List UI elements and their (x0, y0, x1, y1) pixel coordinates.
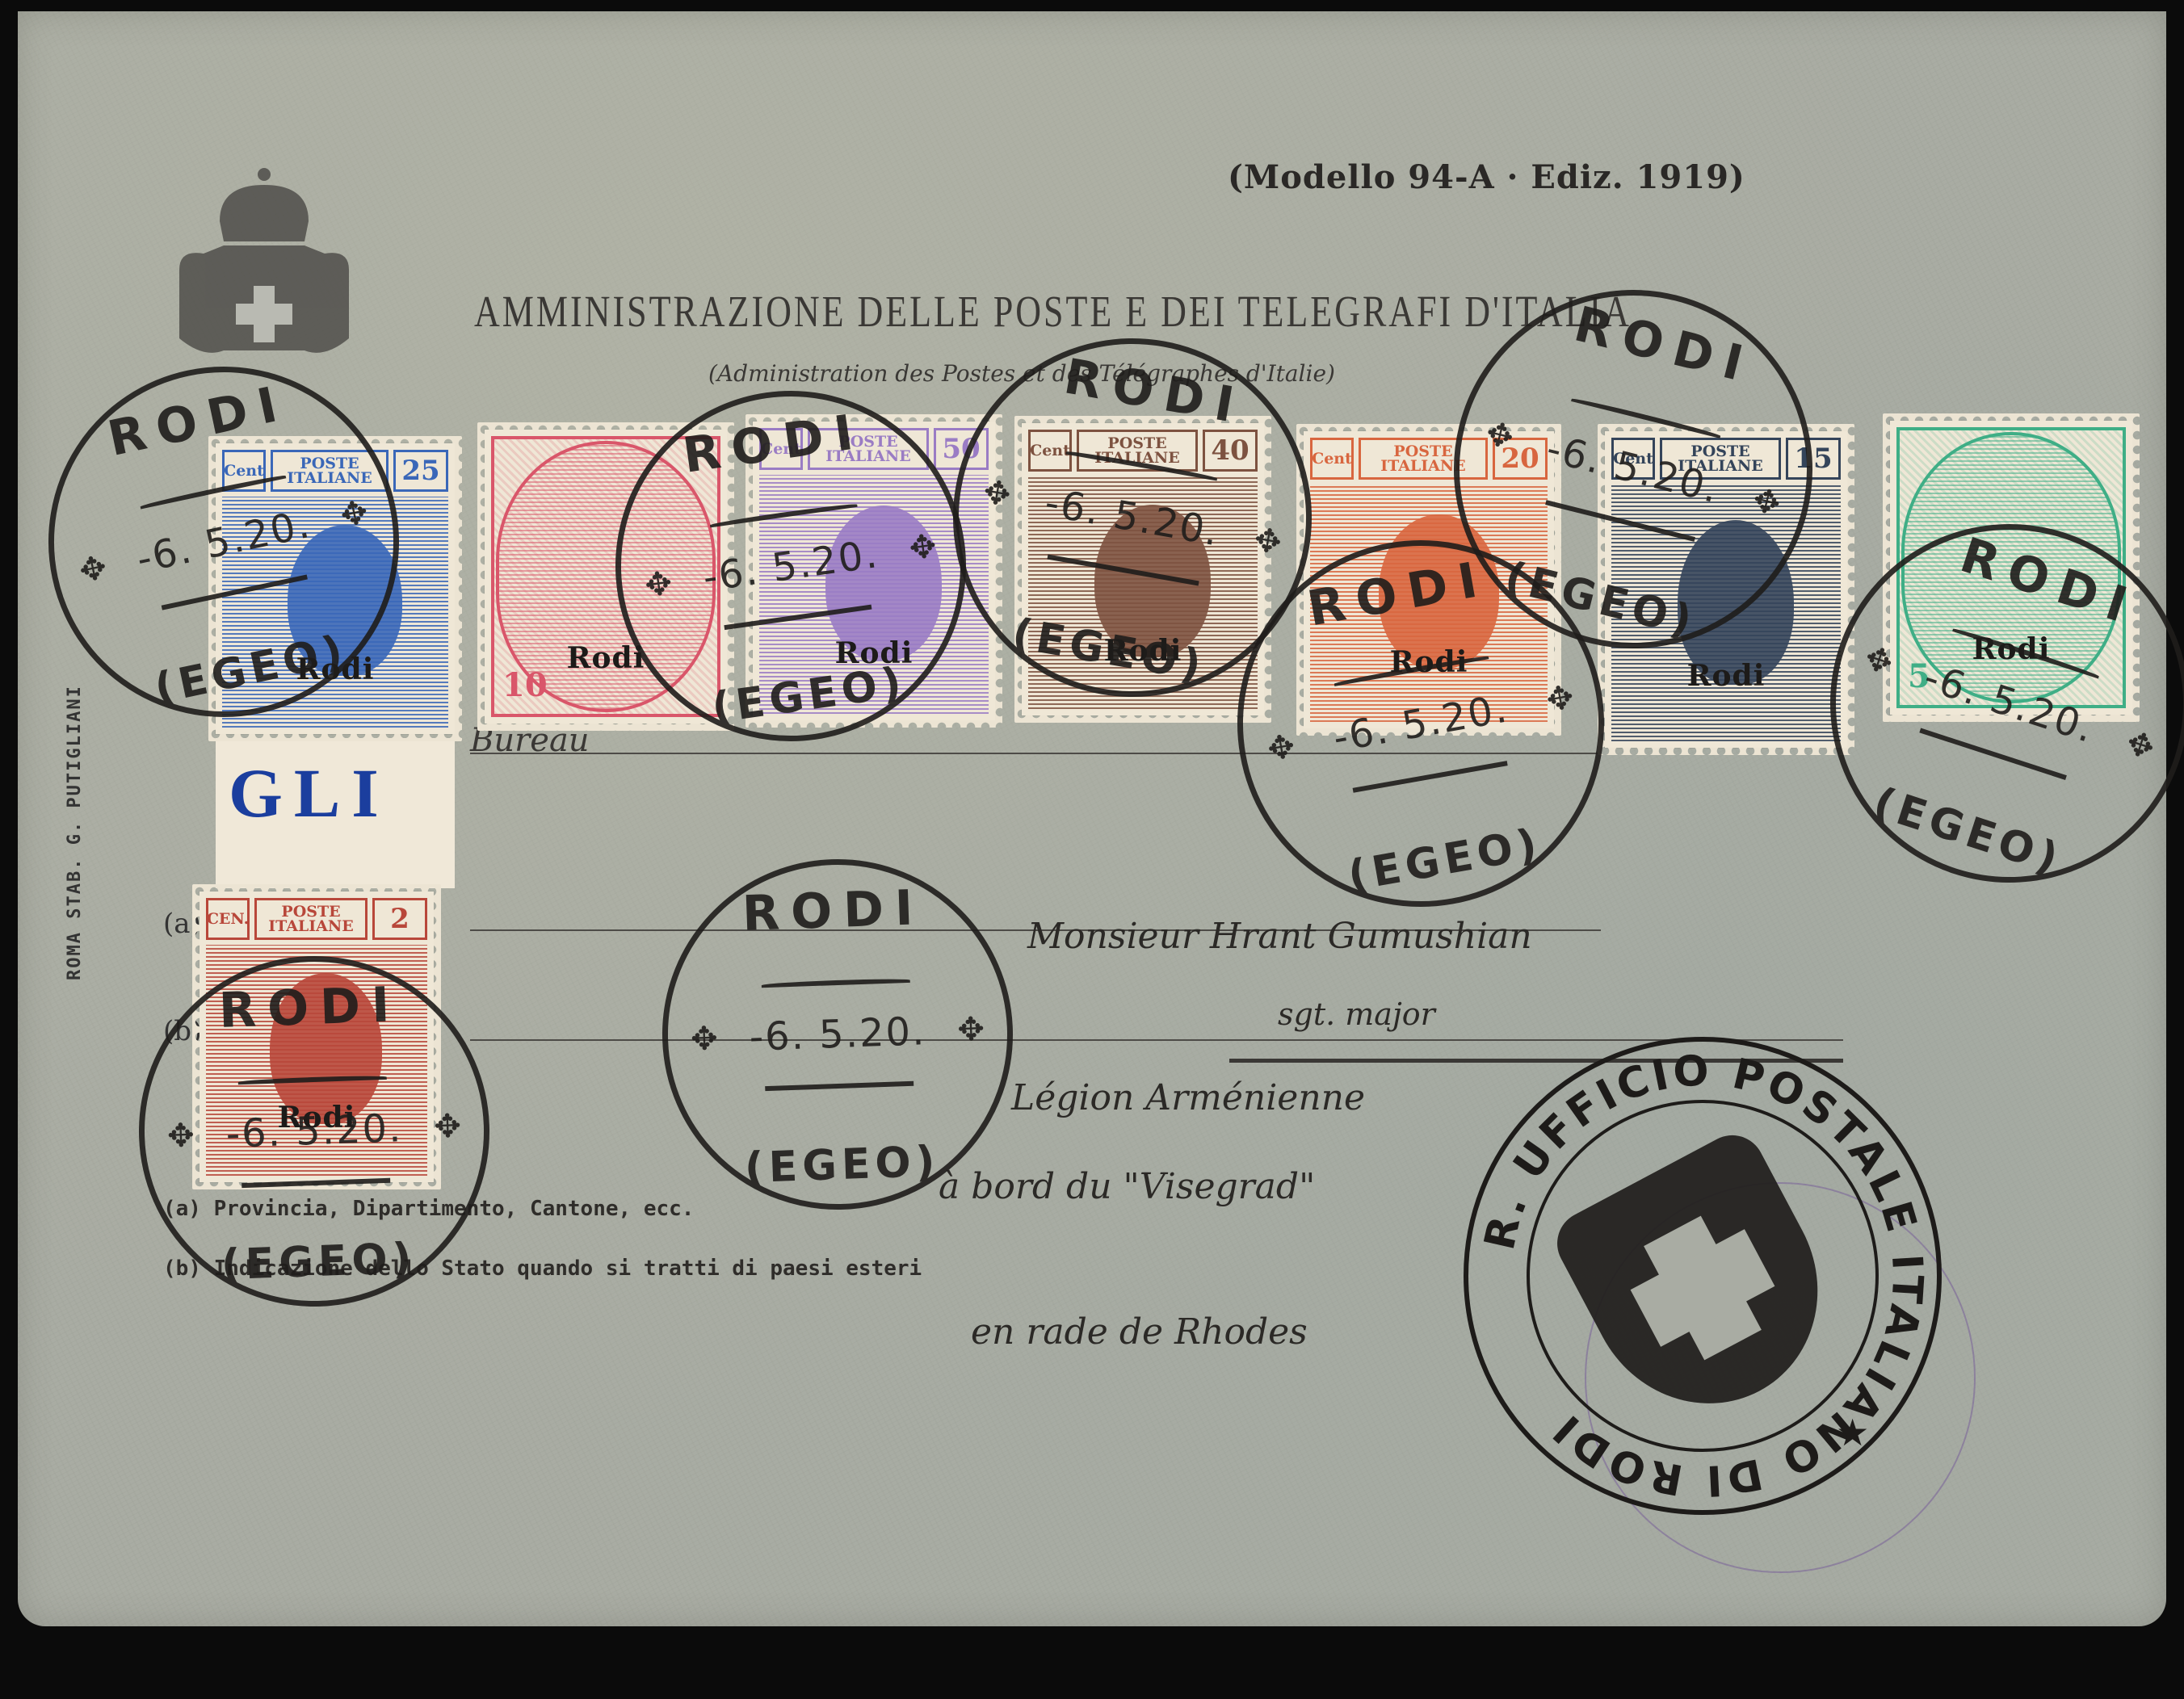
stamp-country: POSTE ITALIANE (254, 898, 367, 940)
rodi-postmark: RODI✥-6. 5.20.✥(EGEO) (133, 950, 496, 1313)
address-underline (1229, 1039, 1843, 1041)
stamp-value: 25 (393, 450, 448, 492)
stamp-value: 2 (372, 898, 427, 940)
rodi-overprint: Rodi (1605, 659, 1847, 693)
form-model-label: (Modello 94-A · Ediz. 1919) (1228, 158, 1745, 196)
sheet-selvage: GLI (216, 738, 455, 888)
stamp-unit: CEN. (206, 898, 250, 940)
address-line-2: sgt. major (1278, 996, 1435, 1032)
address-line-5: en rade de Rhodes (971, 1311, 1308, 1353)
administration-header: AMMINISTRAZIONE DELLE POSTE E DEI TELEGR… (474, 286, 1632, 338)
rodi-postmark: RODI✥-6. 5.20.✥(EGEO) (657, 854, 1019, 1216)
savoy-royal-crest-icon (163, 165, 365, 375)
address-line-1: Monsieur Hrant Gumushian (1027, 916, 1532, 957)
registered-envelope: (Modello 94-A · Ediz. 1919) AMMINISTRAZI… (18, 11, 2166, 1626)
office-seal: R. UFFICIO POSTALE ITALIANO DI RODI ★ (1464, 1037, 1942, 1515)
address-line-3: Légion Arménienne (1011, 1077, 1365, 1118)
svg-text:★: ★ (1836, 1411, 1869, 1454)
